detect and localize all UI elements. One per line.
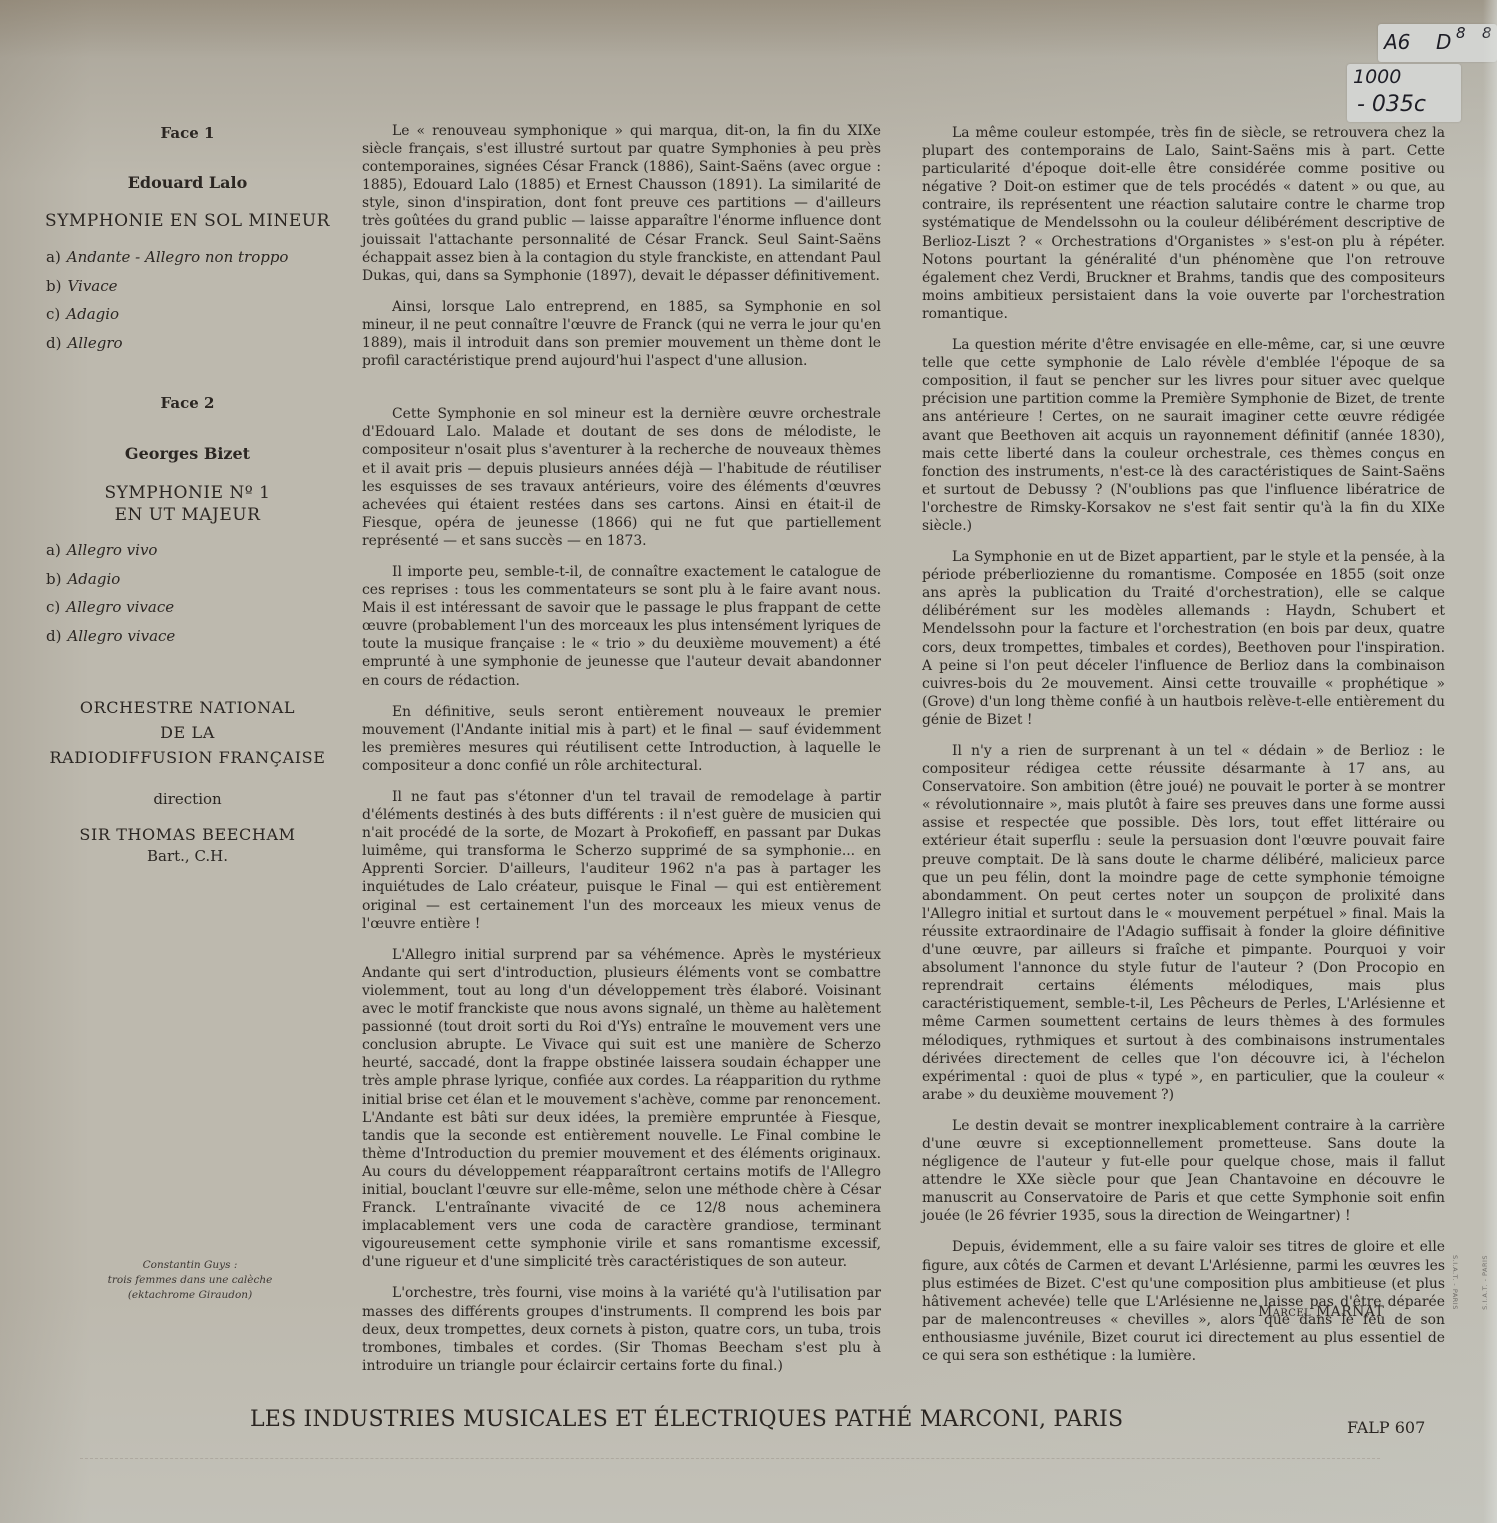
- cover-art-credit: Constantin Guys : trois femmes dans une …: [90, 1258, 290, 1303]
- notes-paragraph: Le destin devait se montrer inexplicable…: [922, 1117, 1445, 1226]
- notes-paragraph: Cette Symphonie en sol mineur est la der…: [362, 405, 881, 550]
- author-first-name: Marcel: [1258, 1304, 1311, 1320]
- face-1-movement: b)Vivace: [46, 277, 118, 295]
- movement-name: Andante - Allegro non troppo: [67, 248, 289, 266]
- face-2-label: Face 2: [30, 394, 345, 412]
- author-last-name: MARNAT: [1316, 1304, 1384, 1320]
- notes-paragraph: Ainsi, lorsque Lalo entreprend, en 1885,…: [362, 298, 881, 370]
- sticker-text: D: [1436, 30, 1451, 54]
- movement-name: Vivace: [67, 277, 117, 295]
- face-2-work-title-line1: SYMPHONIE Nº 1: [30, 482, 345, 505]
- face-1-work-title: SYMPHONIE EN SOL MINEUR: [30, 210, 345, 233]
- notes-paragraph: L'Allegro initial surprend par sa véhéme…: [362, 946, 881, 1272]
- cover-credit-line: trois femmes dans une calèche: [90, 1273, 290, 1288]
- sticker-text: 8: [1456, 24, 1466, 42]
- cover-top-edge: [0, 0, 1497, 58]
- movement-letter: d): [46, 627, 61, 645]
- movement-name: Allegro vivace: [67, 627, 175, 645]
- liner-notes-right: La même couleur estompée, très fin de si…: [922, 124, 1445, 1378]
- cover-credit-line: (ektachrome Giraudon): [90, 1288, 290, 1303]
- catalog-sticker-bottom: 1000 - 035c: [1347, 64, 1461, 122]
- notes-paragraph: L'orchestre, très fourni, vise moins à l…: [362, 1284, 881, 1374]
- face-2-work-title-line2: EN UT MAJEUR: [30, 504, 345, 527]
- author-signature: Marcel MARNAT: [1258, 1304, 1384, 1320]
- notes-paragraph: Depuis, évidemment, elle a su faire valo…: [922, 1238, 1445, 1365]
- movement-name: Allegro vivo: [67, 541, 158, 559]
- movement-name: Allegro vivace: [66, 598, 174, 616]
- movement-letter: b): [46, 570, 61, 588]
- printer-mark: S.I.A.T. - PARIS: [1451, 1255, 1459, 1310]
- conductor-title: Bart., C.H.: [30, 844, 345, 869]
- movement-letter: c): [46, 598, 60, 616]
- notes-paragraph: Il importe peu, semble-t-il, de connaîtr…: [362, 563, 881, 690]
- face-1-movement: c)Adagio: [46, 305, 119, 323]
- face-1-label: Face 1: [30, 124, 345, 142]
- notes-paragraph: En définitive, seuls seront entièrement …: [362, 703, 881, 775]
- face-2-composer: Georges Bizet: [30, 444, 345, 463]
- face-2-movement: b)Adagio: [46, 570, 120, 588]
- sticker-text: A6: [1384, 30, 1410, 54]
- orchestra-name-line2: DE LA: [30, 720, 345, 745]
- liner-notes-middle: Le « renouveau symphonique » qui marqua,…: [362, 122, 881, 1388]
- movement-letter: c): [46, 305, 60, 323]
- notes-paragraph: La question mérite d'être envisagée en e…: [922, 336, 1445, 535]
- direction-label: direction: [30, 787, 345, 812]
- notes-paragraph: La Symphonie en ut de Bizet appartient, …: [922, 548, 1445, 729]
- catalog-number: FALP 607: [1347, 1418, 1425, 1437]
- publisher-name: LES INDUSTRIES MUSICALES ET ÉLECTRIQUES …: [250, 1407, 1123, 1432]
- face-2-movement: d)Allegro vivace: [46, 627, 175, 645]
- movement-letter: a): [46, 248, 61, 266]
- cover-right-edge: [1483, 0, 1497, 1523]
- movement-name: Adagio: [66, 305, 119, 323]
- orchestra-name-line3: RADIODIFFUSION FRANÇAISE: [30, 745, 345, 770]
- movement-letter: a): [46, 541, 61, 559]
- movement-letter: d): [46, 334, 61, 352]
- fold-line: [80, 1458, 1380, 1459]
- face-2-movement: c)Allegro vivace: [46, 598, 174, 616]
- orchestra-name-line1: ORCHESTRE NATIONAL: [30, 695, 345, 720]
- sticker-text: - 035c: [1357, 92, 1426, 117]
- face-1-movement: a)Andante - Allegro non troppo: [46, 248, 288, 266]
- notes-paragraph: Le « renouveau symphonique » qui marqua,…: [362, 122, 881, 285]
- face-1-movement: d)Allegro: [46, 334, 123, 352]
- cover-credit-line: Constantin Guys :: [90, 1258, 290, 1273]
- face-2-movement: a)Allegro vivo: [46, 541, 157, 559]
- sticker-text: 1000: [1353, 66, 1401, 88]
- notes-paragraph: La même couleur estompée, très fin de si…: [922, 124, 1445, 323]
- notes-paragraph: Il ne faut pas s'étonner d'un tel travai…: [362, 788, 881, 933]
- face-1-composer: Edouard Lalo: [30, 173, 345, 192]
- movement-name: Adagio: [67, 570, 120, 588]
- movement-letter: b): [46, 277, 61, 295]
- movement-name: Allegro: [67, 334, 122, 352]
- catalog-sticker-top: A6 D 8 8: [1378, 24, 1497, 62]
- notes-paragraph: Il n'y a rien de surprenant à un tel « d…: [922, 742, 1445, 1104]
